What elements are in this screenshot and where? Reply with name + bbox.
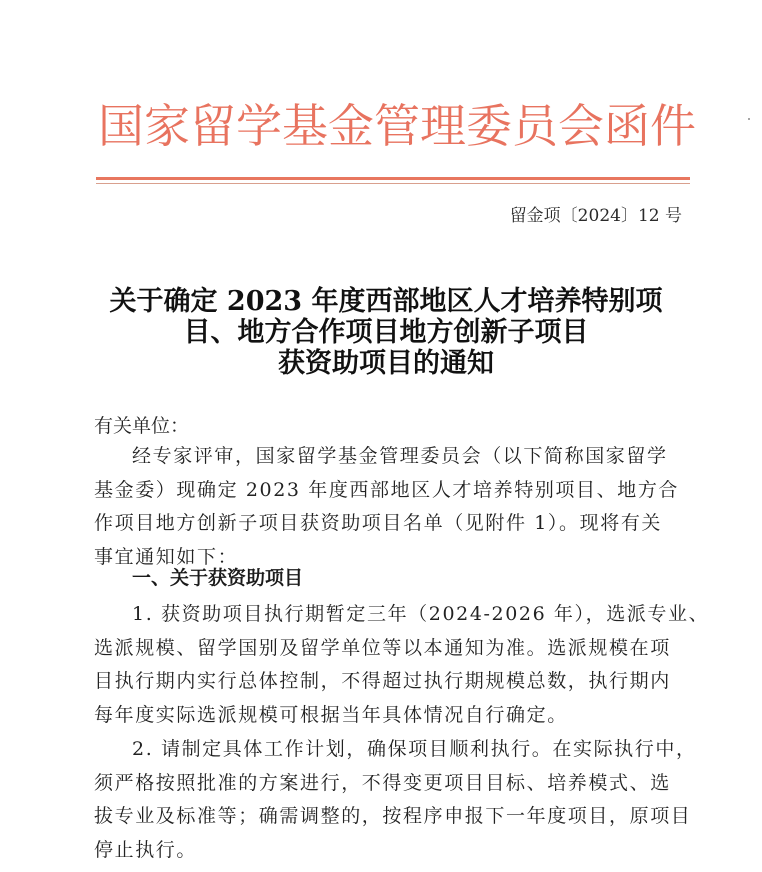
paragraph-line: 拔专业及标准等；确需调整的，按程序申报下一年度项目，原项目 xyxy=(94,800,694,834)
letterhead-title: 国家留学基金管理委员会函件 xyxy=(98,98,690,154)
paragraph-line: 基金委）现确定 2023 年度西部地区人才培养特别项目、地方合 xyxy=(94,474,694,508)
paragraph-line: 每年度实际选派规模可根据当年具体情况自行确定。 xyxy=(94,699,694,733)
paragraph-line: 1. 获资助项目执行期暂定三年（2024-2026 年），选派专业、 xyxy=(94,598,694,632)
intro-paragraph: 经专家评审，国家留学基金管理委员会（以下简称国家留学 基金委）现确定 2023 … xyxy=(94,440,694,574)
title-line: 关于确定 2023 年度西部地区人才培养特别项 xyxy=(80,286,692,317)
document-title: 关于确定 2023 年度西部地区人才培养特别项 目、地方合作项目地方创新子项目 … xyxy=(80,286,692,379)
paragraph-line: 须严格按照批准的方案进行，不得变更项目目标、培养模式、选 xyxy=(94,767,694,801)
document-page: 国家留学基金管理委员会函件 留金项〔2024〕12 号 关于确定 2023 年度… xyxy=(0,0,762,872)
title-line: 获资助项目的通知 xyxy=(80,348,692,379)
scan-speck xyxy=(748,118,750,120)
paragraph-line: 作项目地方创新子项目获资助项目名单（见附件 1）。现将有关 xyxy=(94,507,694,541)
paragraph-line: 停止执行。 xyxy=(94,834,694,868)
document-number: 留金项〔2024〕12 号 xyxy=(510,204,682,228)
item-2-paragraph: 2. 请制定具体工作计划，确保项目顺利执行。在实际执行中， 须严格按照批准的方案… xyxy=(94,733,694,867)
title-line: 目、地方合作项目地方创新子项目 xyxy=(80,317,692,348)
paragraph-line: 经专家评审，国家留学基金管理委员会（以下简称国家留学 xyxy=(94,440,694,474)
item-1-paragraph: 1. 获资助项目执行期暂定三年（2024-2026 年），选派专业、 选派规模、… xyxy=(94,598,694,732)
salutation: 有关单位： xyxy=(94,414,694,438)
paragraph-line: 目执行期内实行总体控制，不得超过执行期规模总数，执行期内 xyxy=(94,665,694,699)
letterhead-rule-thick xyxy=(96,177,690,180)
letterhead-rule-thin xyxy=(96,183,690,184)
paragraph-line: 选派规模、留学国别及留学单位等以本通知为准。选派规模在项 xyxy=(94,632,694,666)
paragraph-line: 2. 请制定具体工作计划，确保项目顺利执行。在实际执行中， xyxy=(94,733,694,767)
section-heading: 一、关于获资助项目 xyxy=(132,564,303,592)
